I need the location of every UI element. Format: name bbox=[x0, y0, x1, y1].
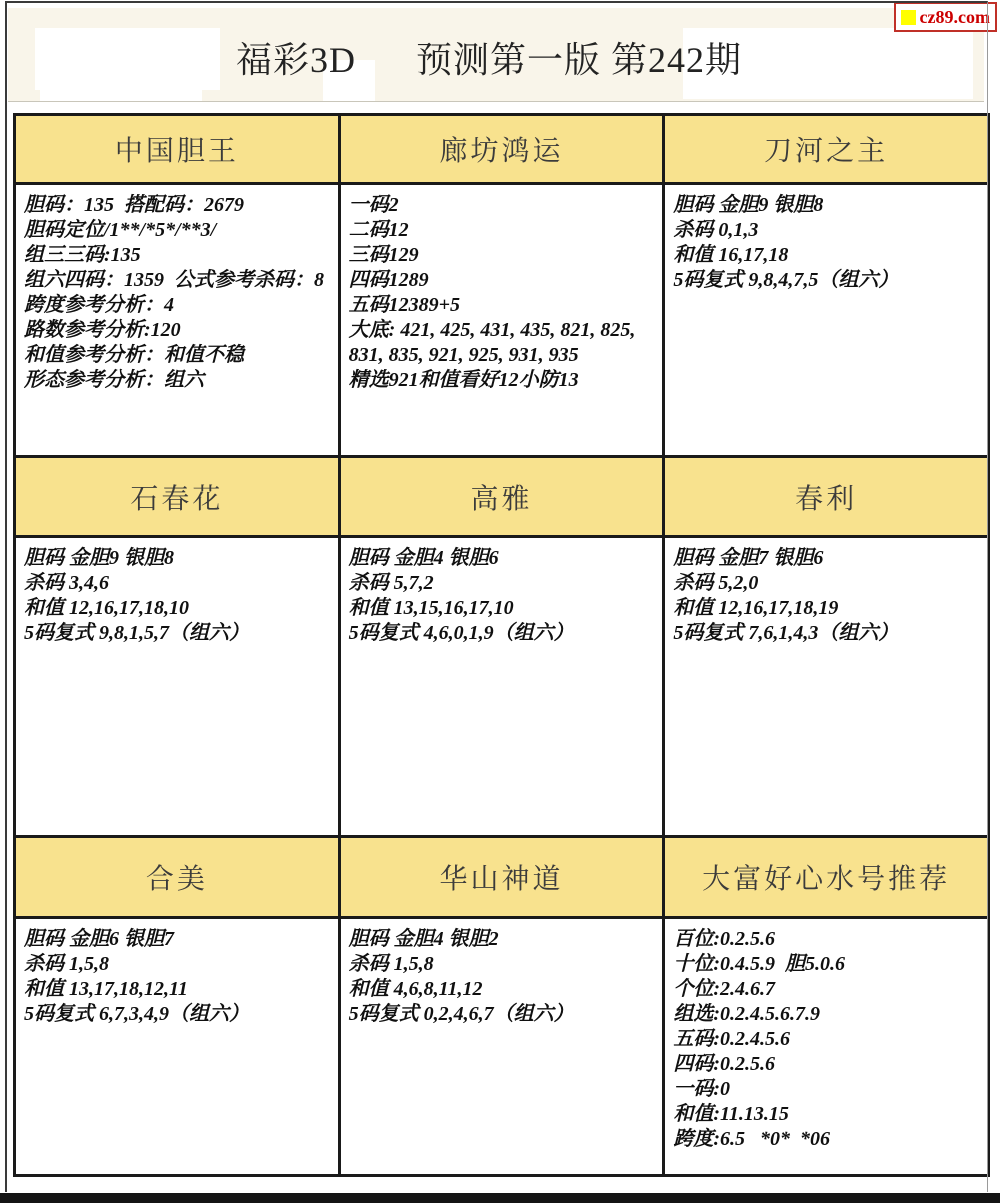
prediction-line: 5码复式 9,8,4,7,5（组六） bbox=[673, 268, 979, 293]
prediction-line: 胆码 金胆4 银胆2 bbox=[349, 927, 655, 952]
prediction-line: 杀码 3,4,6 bbox=[24, 571, 330, 596]
blank-patch bbox=[35, 28, 220, 90]
prediction-line: 组选:0.2.4.5.6.7.9 bbox=[673, 1002, 979, 1027]
prediction-line: 一码2 bbox=[349, 193, 655, 218]
panel-content: 胆码 金胆7 银胆6 杀码 5,2,0 和值 12,16,17,18,19 5码… bbox=[665, 538, 987, 835]
prediction-line: 胆码 金胆9 银胆8 bbox=[24, 546, 330, 571]
watermark-text: cz89.com bbox=[920, 8, 990, 26]
prediction-line: 杀码 5,7,2 bbox=[349, 571, 655, 596]
panel-content: 胆码 金胆4 银胆6 杀码 5,7,2 和值 13,15,16,17,10 5码… bbox=[341, 538, 663, 835]
prediction-line: 个位:2.4.6.7 bbox=[673, 977, 979, 1002]
prediction-line: 四码:0.2.5.6 bbox=[673, 1052, 979, 1077]
prediction-line: 跨度:6.5 *0* *06 bbox=[673, 1127, 979, 1152]
prediction-line: 和值 12,16,17,18,19 bbox=[673, 596, 979, 621]
prediction-line: 胆码 金胆4 银胆6 bbox=[349, 546, 655, 571]
panel-content: 一码2 二码12 三码129 四码1289 五码12389+5 大底: 421,… bbox=[341, 185, 663, 455]
prediction-line: 5码复式 7,6,1,4,3（组六） bbox=[673, 621, 979, 646]
prediction-line: 和值:11.13.15 bbox=[673, 1102, 979, 1127]
prediction-line: 一码:0 bbox=[673, 1077, 979, 1102]
prediction-line: 和值 4,6,8,11,12 bbox=[349, 977, 655, 1002]
prediction-line: 胆码 金胆7 银胆6 bbox=[673, 546, 979, 571]
prediction-line: 十位:0.4.5.9 胆5.0.6 bbox=[673, 952, 979, 977]
prediction-line: 杀码 1,5,8 bbox=[24, 952, 330, 977]
prediction-line: 形态参考分析：组六 bbox=[24, 368, 330, 393]
page-title: 福彩3D 预测第一版 第242期 bbox=[236, 32, 742, 83]
panel-title: 华山神道 bbox=[341, 838, 663, 916]
prediction-line: 5码复式 4,6,0,1,9（组六） bbox=[349, 621, 655, 646]
panel-title: 合美 bbox=[16, 838, 338, 916]
panel-content: 胆码：135 搭配码：2679 胆码定位/1**/*5*/**3/ 组三三码:1… bbox=[16, 185, 338, 455]
prediction-line: 二码12 bbox=[349, 218, 655, 243]
prediction-line: 和值 16,17,18 bbox=[673, 243, 979, 268]
prediction-line: 四码1289 bbox=[349, 268, 655, 293]
prediction-line: 三码129 bbox=[349, 243, 655, 268]
prediction-line: 胆码 金胆6 银胆7 bbox=[24, 927, 330, 952]
panel-title: 廊坊鸿运 bbox=[341, 116, 663, 182]
prediction-line: 5码复式 9,8,1,5,7（组六） bbox=[24, 621, 330, 646]
prediction-line: 杀码 1,5,8 bbox=[349, 952, 655, 977]
prediction-line: 精选921和值看好12小防13 bbox=[349, 368, 655, 393]
prediction-line: 组三三码:135 bbox=[24, 243, 330, 268]
prediction-line: 路数参考分析:120 bbox=[24, 318, 330, 343]
prediction-line: 五码12389+5 bbox=[349, 293, 655, 318]
prediction-line: 5码复式 0,2,4,6,7（组六） bbox=[349, 1002, 655, 1027]
prediction-line: 胆码定位/1**/*5*/**3/ bbox=[24, 218, 330, 243]
prediction-line: 和值 13,15,16,17,10 bbox=[349, 596, 655, 621]
blank-patch bbox=[40, 86, 202, 101]
panel-title: 春利 bbox=[665, 458, 987, 535]
prediction-line: 杀码 0,1,3 bbox=[673, 218, 979, 243]
panel-title: 中国胆王 bbox=[16, 116, 338, 182]
prediction-line: 五码:0.2.4.5.6 bbox=[673, 1027, 979, 1052]
panel-content: 胆码 金胆4 银胆2 杀码 1,5,8 和值 4,6,8,11,12 5码复式 … bbox=[341, 919, 663, 1174]
panel-title: 大富好心水号推荐 bbox=[665, 838, 987, 916]
panel-content: 百位:0.2.5.6 十位:0.4.5.9 胆5.0.6 个位:2.4.6.7 … bbox=[665, 919, 987, 1174]
prediction-line: 和值 12,16,17,18,10 bbox=[24, 596, 330, 621]
prediction-line: 组六四码：1359 公式参考杀码：8 bbox=[24, 268, 330, 293]
title-band: 福彩3D 预测第一版 第242期 bbox=[8, 8, 984, 102]
site-watermark: cz89.com bbox=[894, 2, 997, 32]
prediction-grid: 中国胆王 廊坊鸿运 刀河之主 胆码：135 搭配码：2679 胆码定位/1**/… bbox=[13, 113, 990, 1177]
prediction-line: 大底: 421, 425, 431, 435, 821, 825, 831, 8… bbox=[349, 318, 655, 368]
prediction-line: 百位:0.2.5.6 bbox=[673, 927, 979, 952]
page: 福彩3D 预测第一版 第242期 cz89.com 中国胆王 廊坊鸿运 刀河之主… bbox=[0, 0, 1000, 1203]
prediction-line: 跨度参考分析：4 bbox=[24, 293, 330, 318]
prediction-line: 和值参考分析：和值不稳 bbox=[24, 343, 330, 368]
page-bottom-border bbox=[0, 1193, 1000, 1203]
panel-content: 胆码 金胆9 银胆8 杀码 0,1,3 和值 16,17,18 5码复式 9,8… bbox=[665, 185, 987, 455]
panel-title: 高雅 bbox=[341, 458, 663, 535]
panel-title: 刀河之主 bbox=[665, 116, 987, 182]
panel-title: 石春花 bbox=[16, 458, 338, 535]
prediction-line: 和值 13,17,18,12,11 bbox=[24, 977, 330, 1002]
prediction-line: 胆码：135 搭配码：2679 bbox=[24, 193, 330, 218]
panel-content: 胆码 金胆6 银胆7 杀码 1,5,8 和值 13,17,18,12,11 5码… bbox=[16, 919, 338, 1174]
prediction-line: 胆码 金胆9 银胆8 bbox=[673, 193, 979, 218]
panel-content: 胆码 金胆9 银胆8 杀码 3,4,6 和值 12,16,17,18,10 5码… bbox=[16, 538, 338, 835]
prediction-line: 5码复式 6,7,3,4,9（组六） bbox=[24, 1002, 330, 1027]
watermark-yellow-square-icon bbox=[901, 10, 916, 25]
prediction-line: 杀码 5,2,0 bbox=[673, 571, 979, 596]
